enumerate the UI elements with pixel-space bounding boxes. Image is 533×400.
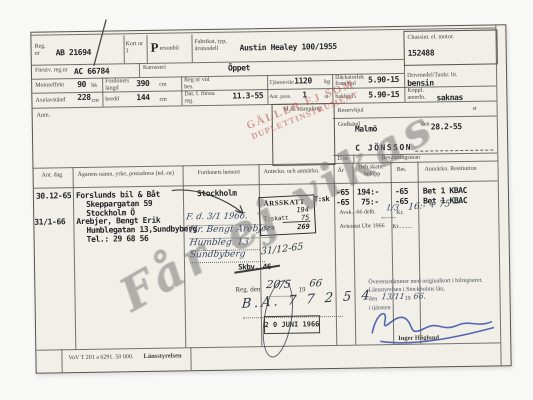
axelavstand-value: 228 bbox=[77, 93, 90, 102]
pen-slash-mark bbox=[89, 17, 112, 69]
owner2-dag: 31/1-66 bbox=[34, 217, 65, 226]
reg-nr-value: AB 21694 bbox=[56, 48, 91, 58]
avkortat-label: Avkortat Ubr 1966 bbox=[339, 223, 384, 231]
cert-rad2: Länsstyrelsen i Stockholms län, bbox=[368, 286, 444, 294]
karosseri-value: Öppet bbox=[228, 63, 250, 72]
tjanstevikt-value: 1120 bbox=[294, 76, 312, 85]
skatt1-anm: Bet 1 KBAC bbox=[423, 186, 467, 196]
langd-value: 390 bbox=[136, 79, 149, 88]
grid-vline bbox=[181, 76, 182, 105]
avkortat-kr-label: Kr......... bbox=[392, 224, 412, 231]
axelavstand-label: Axelavstånd bbox=[35, 97, 65, 104]
forutv-reg-label: Förutv. reg.nr bbox=[35, 67, 68, 74]
cm-unit-1: cm bbox=[159, 82, 166, 89]
kg-unit: kg bbox=[324, 79, 330, 86]
grid-vline bbox=[139, 63, 140, 77]
grid-vline bbox=[190, 347, 191, 370]
grid-vline bbox=[404, 64, 406, 102]
reg-nr-label: Reg. nr bbox=[35, 43, 50, 57]
cert-rad1: Överensstämmer med originalkort i bilreg… bbox=[368, 278, 483, 287]
reg-den-label: Reg. den bbox=[235, 285, 260, 293]
skatt2-belopp: 75:- bbox=[361, 197, 379, 206]
grid-vline bbox=[146, 35, 147, 63]
vehicle-class-label: ersonbil bbox=[160, 45, 179, 52]
anm-label: Anm. bbox=[37, 112, 51, 119]
fabrikat-label-2: årsmodell bbox=[195, 46, 219, 53]
fabrikat-value: Austin Healey 100/1955 bbox=[240, 42, 337, 53]
avsk-hand-fraction: 1/3 bbox=[386, 203, 400, 212]
motoreffekt-value: 90 bbox=[77, 80, 86, 89]
tjanstevikt-label: Tjänstevikt bbox=[269, 80, 294, 87]
forsta-reg-label: Dat. f. första reg. bbox=[184, 91, 216, 105]
ant-pass-label: Ant. pass. bbox=[269, 94, 291, 101]
registration-card: Reg. nr AB 21694 Kort nr 1 P ersonbil Fa… bbox=[30, 24, 511, 373]
reservhjul-label: Reservhjul bbox=[338, 108, 364, 115]
forsta-reg-value: 11.3-55 bbox=[232, 91, 263, 100]
cm-unit-3: cm bbox=[159, 97, 166, 104]
scanned-registration-card-photo: { "head": { "reg_label": "Reg. nr", "reg… bbox=[0, 0, 533, 400]
bredd-value: 144 bbox=[136, 93, 149, 102]
owner2-tel: Tel.: 29 68 56 bbox=[87, 234, 149, 244]
col-agare: Ägarens namn, yrke, postadress (tel.-nr) bbox=[78, 171, 175, 179]
koppl-value: saknas bbox=[436, 93, 463, 102]
avsk-dotted-line bbox=[381, 216, 395, 218]
hand-reg-ar: 66 bbox=[309, 278, 323, 289]
utgivare: Länsstyrelsen bbox=[143, 352, 181, 360]
grid-vline bbox=[191, 34, 192, 62]
langd-label: Fordonets längd bbox=[105, 78, 133, 92]
avsk-label: Avsk. -66 delb. bbox=[339, 209, 376, 216]
form-nummer: VoV T 201 a 6291. 50 000. bbox=[68, 354, 133, 362]
st-unit-2: st bbox=[473, 106, 477, 113]
chassis-label: Chassinr. el. motor. bbox=[407, 34, 477, 42]
grid-vline bbox=[123, 35, 124, 63]
karosseri-label: Karosseri bbox=[143, 65, 166, 72]
col-hemort: Fordonets hemort bbox=[198, 169, 241, 177]
col-ant-dag: Ant. dag bbox=[42, 172, 63, 179]
bredd-label: bredd bbox=[105, 96, 119, 103]
skatt1-bet: -65 bbox=[395, 187, 408, 196]
owner1-dag: 30.12-65 bbox=[36, 191, 71, 201]
cm-unit-2: cm bbox=[91, 98, 98, 105]
grid-vline bbox=[102, 78, 103, 107]
kort-nr-label: Kort nr 1 bbox=[126, 41, 145, 55]
pen-oval-mark bbox=[258, 278, 298, 359]
vehicle-class-initial: P bbox=[150, 40, 158, 56]
signature bbox=[366, 297, 507, 359]
grid-vline bbox=[61, 349, 62, 372]
col-anm-rest: Anmärkn. Restitution bbox=[425, 166, 477, 174]
grid-hline bbox=[32, 59, 404, 66]
reg-vid-bes-label: Reg nr vid bes. bbox=[184, 77, 212, 91]
koppl-label: Koppl. anordn. bbox=[407, 87, 433, 101]
hk-unit: hk bbox=[91, 83, 97, 90]
chassis-value: 152488 bbox=[408, 48, 435, 57]
drivmedel-value: bensin bbox=[407, 78, 434, 87]
motoreffekt-label: Motoreffekt bbox=[35, 82, 64, 89]
avsk-hand-belopp: 16:- + 75 — bbox=[408, 198, 462, 213]
